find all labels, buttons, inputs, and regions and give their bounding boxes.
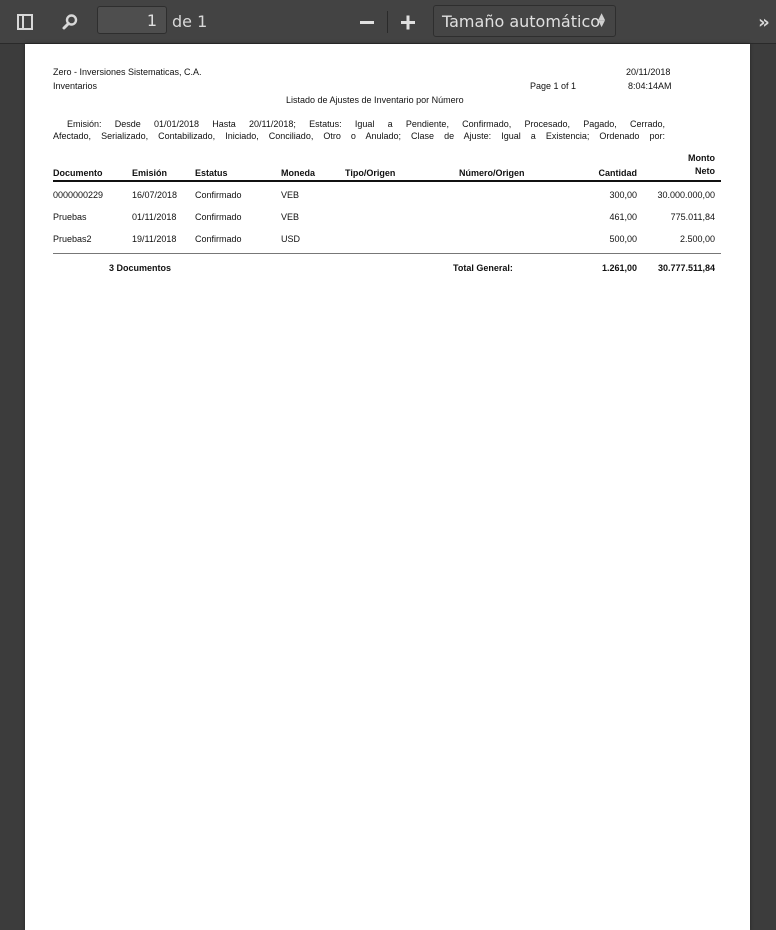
report-time: 8:04:14AM: [628, 81, 672, 91]
search-icon: [61, 13, 79, 31]
cell-documento: 0000000229: [53, 190, 103, 200]
minus-icon: [359, 14, 375, 30]
pdf-page: Zero - Inversiones Sistematicas, C.A. In…: [25, 44, 750, 930]
zoom-level-value: Tamaño automático: [442, 12, 600, 31]
report-date: 20/11/2018: [626, 67, 670, 77]
pdf-toolbar: de 1 Tamaño automático ▲▼ »: [0, 0, 776, 44]
cell-emision: 19/11/2018: [132, 234, 176, 244]
cell-emision: 16/07/2018: [132, 190, 177, 200]
select-arrows-icon: ▲▼: [598, 14, 605, 28]
col-moneda: Moneda: [281, 168, 315, 178]
col-tipo-origen: Tipo/Origen: [345, 168, 395, 178]
cell-estatus: Confirmado: [195, 212, 242, 222]
zoom-in-button[interactable]: [396, 8, 420, 36]
total-cantidad: 1.261,00: [576, 263, 637, 273]
zoom-out-button[interactable]: [356, 8, 378, 36]
find-button[interactable]: [56, 8, 84, 36]
totals-divider: [53, 253, 721, 254]
tools-menu-button[interactable]: »: [752, 8, 776, 36]
toolbar-separator: [387, 11, 388, 33]
cell-moneda: USD: [281, 234, 300, 244]
cell-monto: 775.011,84: [635, 212, 715, 222]
cell-cantidad: 500,00: [576, 234, 637, 244]
filters-line-1: Emisión: Desde 01/01/2018 Hasta 20/11/20…: [53, 118, 665, 130]
page-count-label: de 1: [172, 12, 207, 31]
report-title: Listado de Ajustes de Inventario por Núm…: [286, 95, 464, 105]
page-number-input[interactable]: [97, 6, 167, 34]
total-documents: 3 Documentos: [109, 263, 171, 273]
cell-monto: 30.000.000,00: [635, 190, 715, 200]
cell-documento: Pruebas2: [53, 234, 92, 244]
report-filters: Emisión: Desde 01/01/2018 Hasta 20/11/20…: [53, 118, 665, 142]
col-emision: Emisión: [132, 168, 167, 178]
col-cantidad: Cantidad: [576, 168, 637, 178]
double-chevron-right-icon: »: [758, 12, 770, 33]
cell-estatus: Confirmado: [195, 190, 242, 200]
sidebar-toggle-icon: [17, 14, 33, 30]
cell-moneda: VEB: [281, 212, 299, 222]
zoom-level-select[interactable]: Tamaño automático ▲▼: [433, 5, 616, 37]
header-divider: [53, 180, 721, 182]
cell-cantidad: 300,00: [576, 190, 637, 200]
cell-cantidad: 461,00: [576, 212, 637, 222]
col-documento: Documento: [53, 168, 103, 178]
cell-estatus: Confirmado: [195, 234, 242, 244]
filters-line-2: Afectado, Serializado, Contabilizado, In…: [53, 130, 665, 142]
col-numero-origen: Número/Origen: [459, 168, 525, 178]
plus-icon: [400, 14, 416, 30]
sidebar-toggle-button[interactable]: [12, 8, 38, 36]
col-monto-line1: Monto: [655, 153, 715, 163]
col-monto-line2: Neto: [655, 166, 715, 176]
cell-moneda: VEB: [281, 190, 299, 200]
col-estatus: Estatus: [195, 168, 228, 178]
total-label: Total General:: [453, 263, 513, 273]
company-name: Zero - Inversiones Sistematicas, C.A.: [53, 67, 202, 77]
document-viewer[interactable]: Zero - Inversiones Sistematicas, C.A. In…: [0, 44, 776, 930]
cell-documento: Pruebas: [53, 212, 87, 222]
page-info: Page 1 of 1: [530, 81, 576, 91]
module-name: Inventarios: [53, 81, 97, 91]
total-monto: 30.777.511,84: [635, 263, 715, 273]
cell-emision: 01/11/2018: [132, 212, 176, 222]
cell-monto: 2.500,00: [635, 234, 715, 244]
